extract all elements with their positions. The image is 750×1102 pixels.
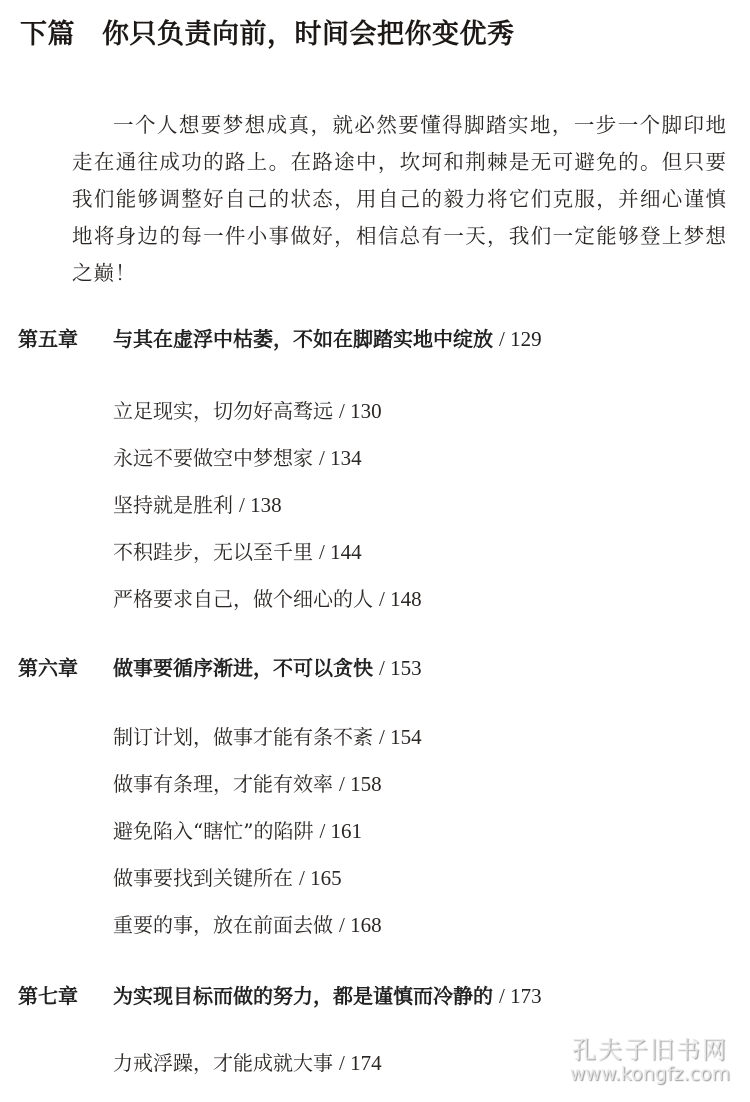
toc-entry: 立足现实，切勿好高骛远/ 130 — [113, 395, 382, 424]
section-title: 坚持就是胜利 — [113, 493, 233, 517]
page-number: / 154 — [379, 725, 422, 749]
toc-entry: 不积跬步，无以至千里/ 144 — [113, 536, 362, 565]
toc-entry: 做事要找到关键所在/ 165 — [113, 862, 342, 891]
page-number: / 138 — [239, 493, 282, 517]
section-title: 立足现实，切勿好高骛远 — [113, 399, 333, 423]
toc-entry: 重要的事，放在前面去做/ 168 — [113, 909, 382, 938]
page-number: / 148 — [379, 587, 422, 611]
toc-entry: 制订计划，做事才能有条不紊/ 154 — [113, 721, 422, 750]
toc-entry: 坚持就是胜利/ 138 — [113, 489, 282, 518]
toc-entry: 永远不要做空中梦想家/ 134 — [113, 442, 362, 471]
chapter-label: 第五章 — [18, 323, 113, 352]
watermark: 孔夫子旧书网 www.kongfz.com — [560, 1030, 740, 1085]
chapter-heading: 第七章为实现目标而做的努力，都是谨慎而冷静的/ 173 — [18, 980, 542, 1009]
page-number: / 173 — [499, 984, 542, 1008]
chapter-label: 第七章 — [18, 980, 113, 1009]
page-number: / 129 — [499, 327, 542, 351]
intro-paragraph: 一个人想要梦想成真，就必然要懂得脚踏实地，一步一个脚印地走在通往成功的路上。在路… — [72, 107, 727, 292]
toc-entry: 力戒浮躁，才能成就大事/ 174 — [113, 1047, 382, 1076]
section-title: 严格要求自己，做个细心的人 — [113, 587, 373, 611]
chapter-heading: 第六章做事要循序渐进，不可以贪快/ 153 — [18, 652, 422, 681]
watermark-name: 孔夫子旧书网 — [560, 1030, 740, 1065]
chapter-title: 与其在虚浮中枯萎，不如在脚踏实地中绽放 — [113, 327, 493, 351]
section-title: 制订计划，做事才能有条不紊 — [113, 725, 373, 749]
page-number: / 130 — [339, 399, 382, 423]
part-title: 你只负责向前，时间会把你变优秀 — [102, 19, 515, 50]
part-label: 下篇 — [20, 12, 102, 51]
page-number: / 158 — [339, 772, 382, 796]
section-title: 重要的事，放在前面去做 — [113, 913, 333, 937]
part-heading: 下篇你只负责向前，时间会把你变优秀 — [20, 12, 515, 51]
page-number: / 144 — [319, 540, 362, 564]
chapter-heading: 第五章与其在虚浮中枯萎，不如在脚踏实地中绽放/ 129 — [18, 323, 542, 352]
page-number: / 161 — [319, 819, 362, 843]
section-title: 力戒浮躁，才能成就大事 — [113, 1051, 333, 1075]
toc-entry: 避免陷入“瞎忙”的陷阱/ 161 — [113, 815, 362, 844]
section-title: 做事有条理，才能有效率 — [113, 772, 333, 796]
section-title: 做事要找到关键所在 — [113, 866, 293, 890]
watermark-url: www.kongfz.com — [560, 1063, 740, 1085]
page-number: / 153 — [379, 656, 422, 680]
chapter-title: 为实现目标而做的努力，都是谨慎而冷静的 — [113, 984, 493, 1008]
page-number: / 174 — [339, 1051, 382, 1075]
chapter-title: 做事要循序渐进，不可以贪快 — [113, 656, 373, 680]
toc-entry: 做事有条理，才能有效率/ 158 — [113, 768, 382, 797]
page-number: / 134 — [319, 446, 362, 470]
page-number: / 165 — [299, 866, 342, 890]
toc-entry: 严格要求自己，做个细心的人/ 148 — [113, 583, 422, 612]
section-title: 永远不要做空中梦想家 — [113, 446, 313, 470]
page-number: / 168 — [339, 913, 382, 937]
section-title: 不积跬步，无以至千里 — [113, 540, 313, 564]
section-title: 避免陷入“瞎忙”的陷阱 — [113, 819, 313, 843]
chapter-label: 第六章 — [18, 652, 113, 681]
